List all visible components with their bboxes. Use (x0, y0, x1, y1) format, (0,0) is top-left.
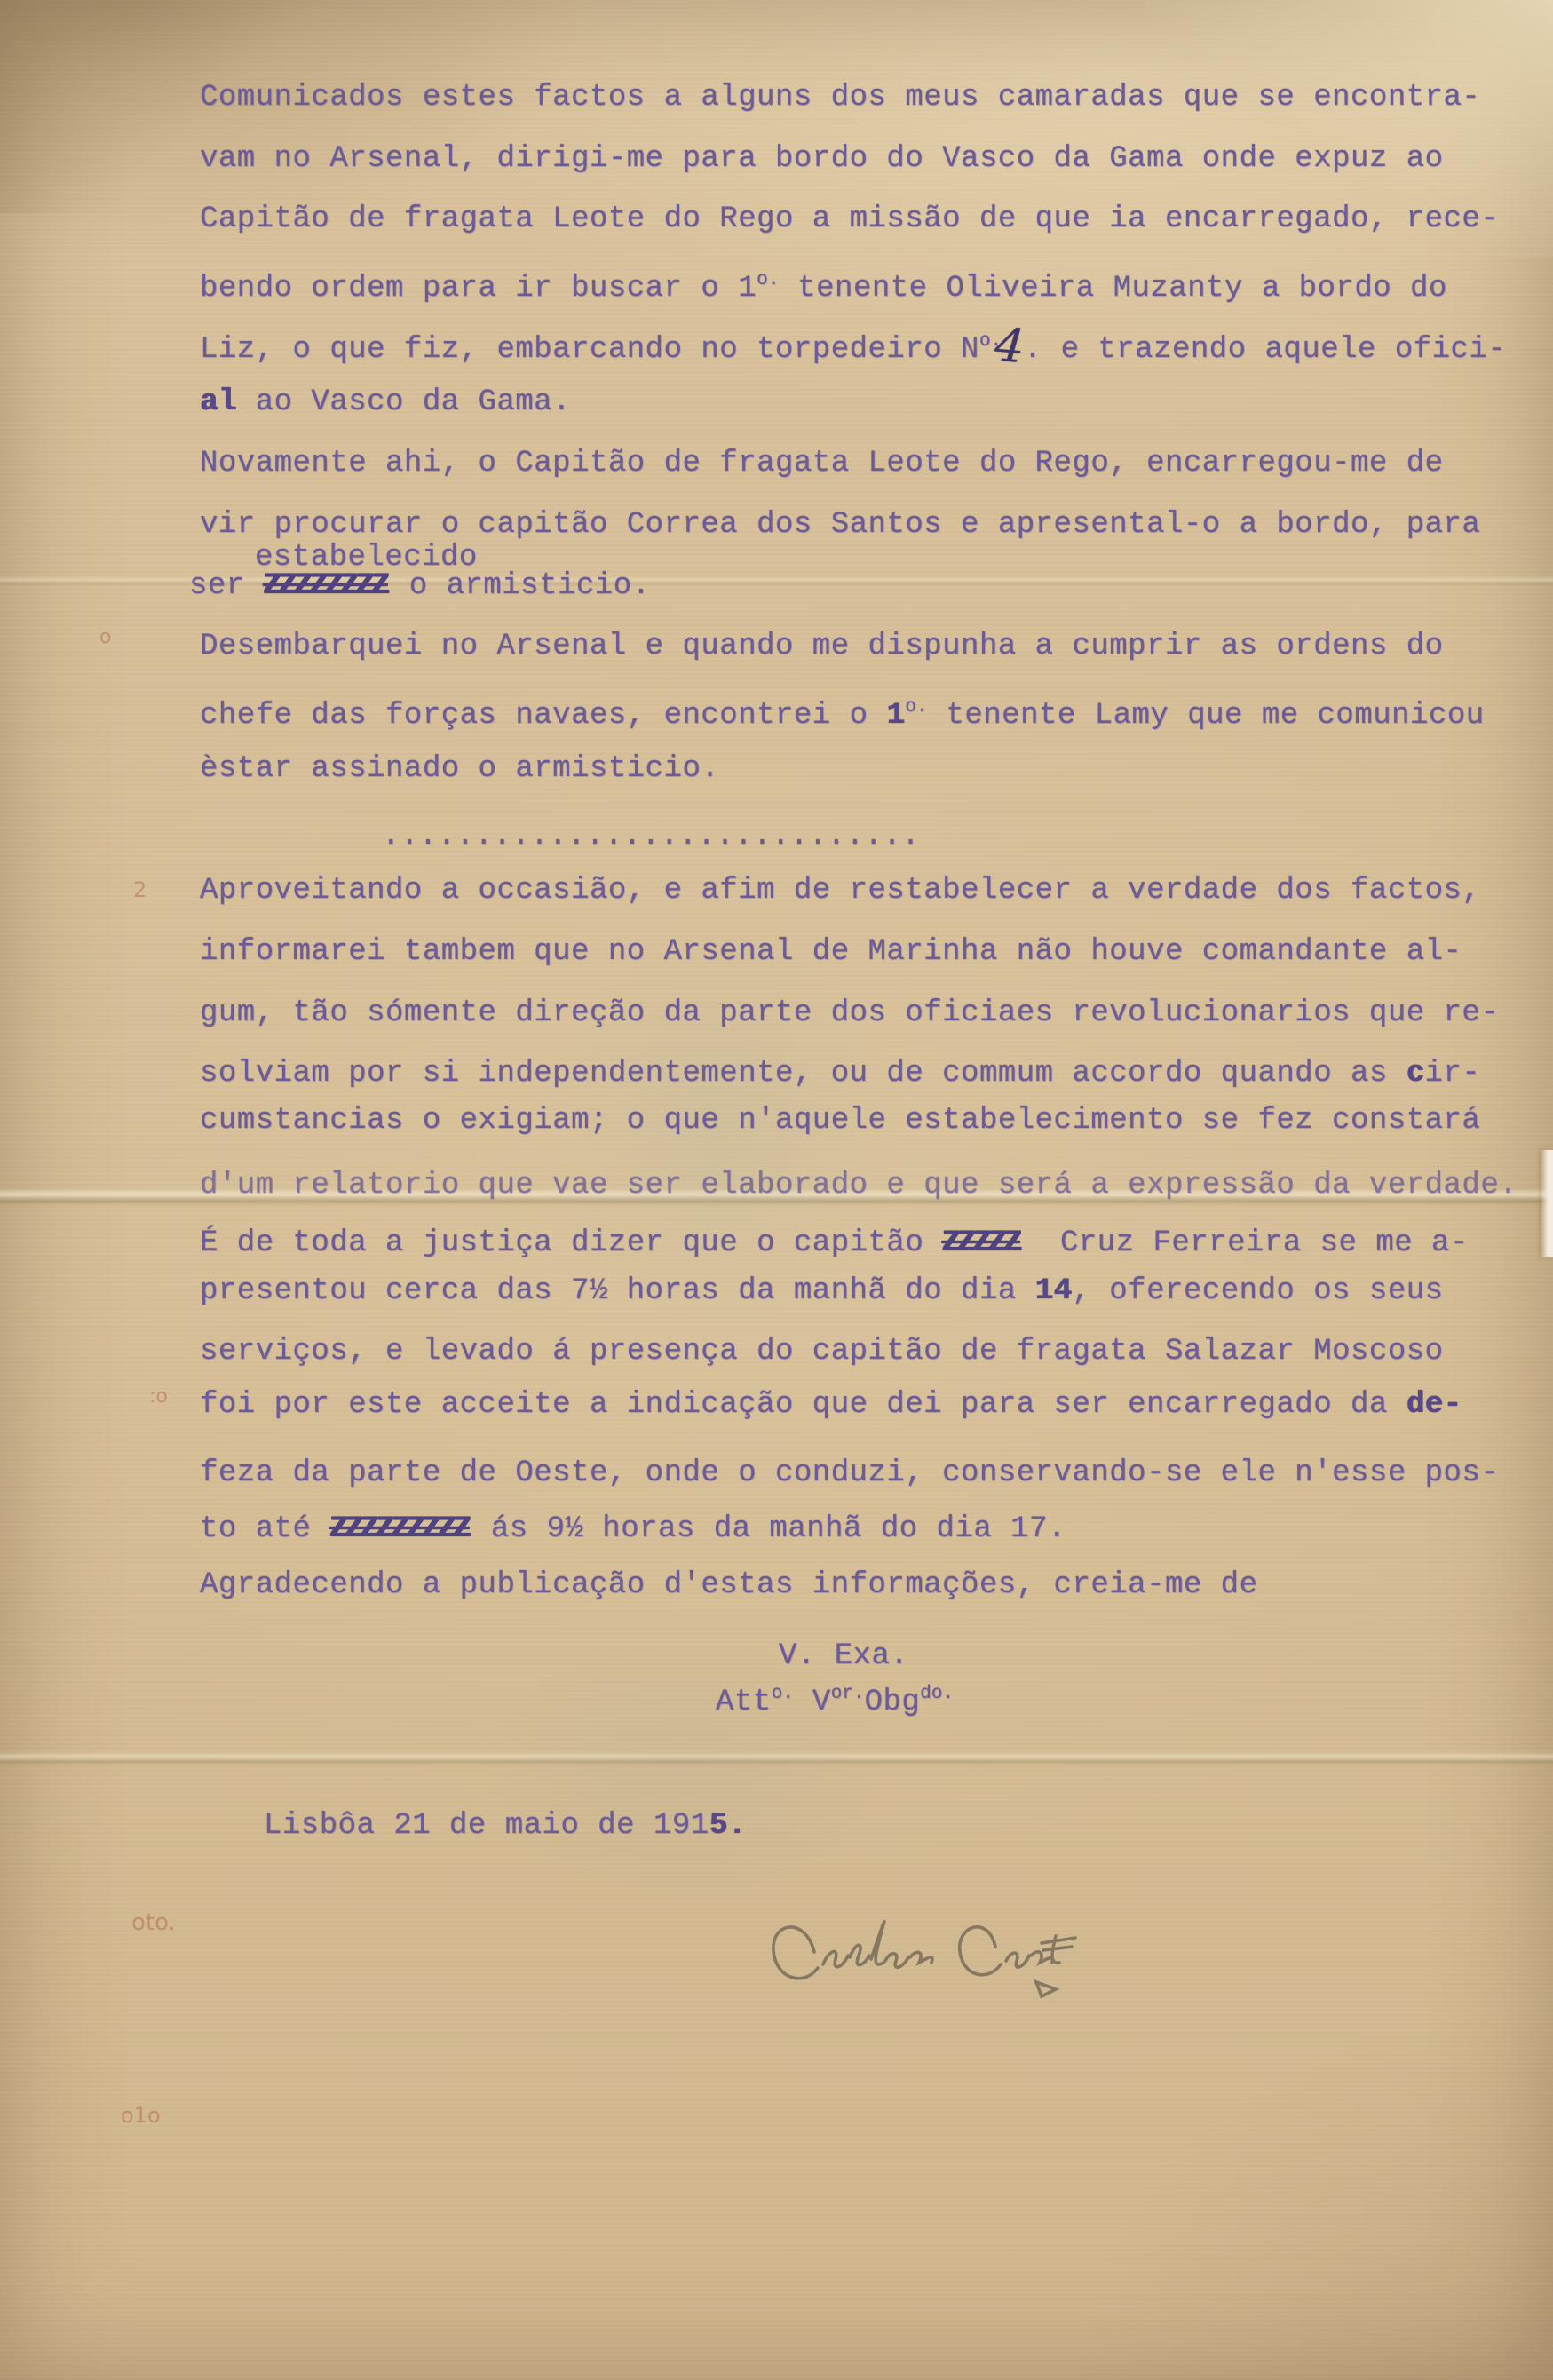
red-pencil-mark: o1o (121, 2103, 161, 2128)
red-pencil-mark: 2 (133, 877, 147, 902)
red-pencil-mark: o (99, 626, 111, 648)
handwritten-signature: Carlos Costa (759, 1900, 1097, 2051)
red-pencil-mark: oto. (131, 1909, 176, 1936)
red-pencil-mark: :o (149, 1385, 168, 1408)
scanned-letter-page: Comunicados estes factos a alguns dos me… (0, 0, 1553, 2380)
